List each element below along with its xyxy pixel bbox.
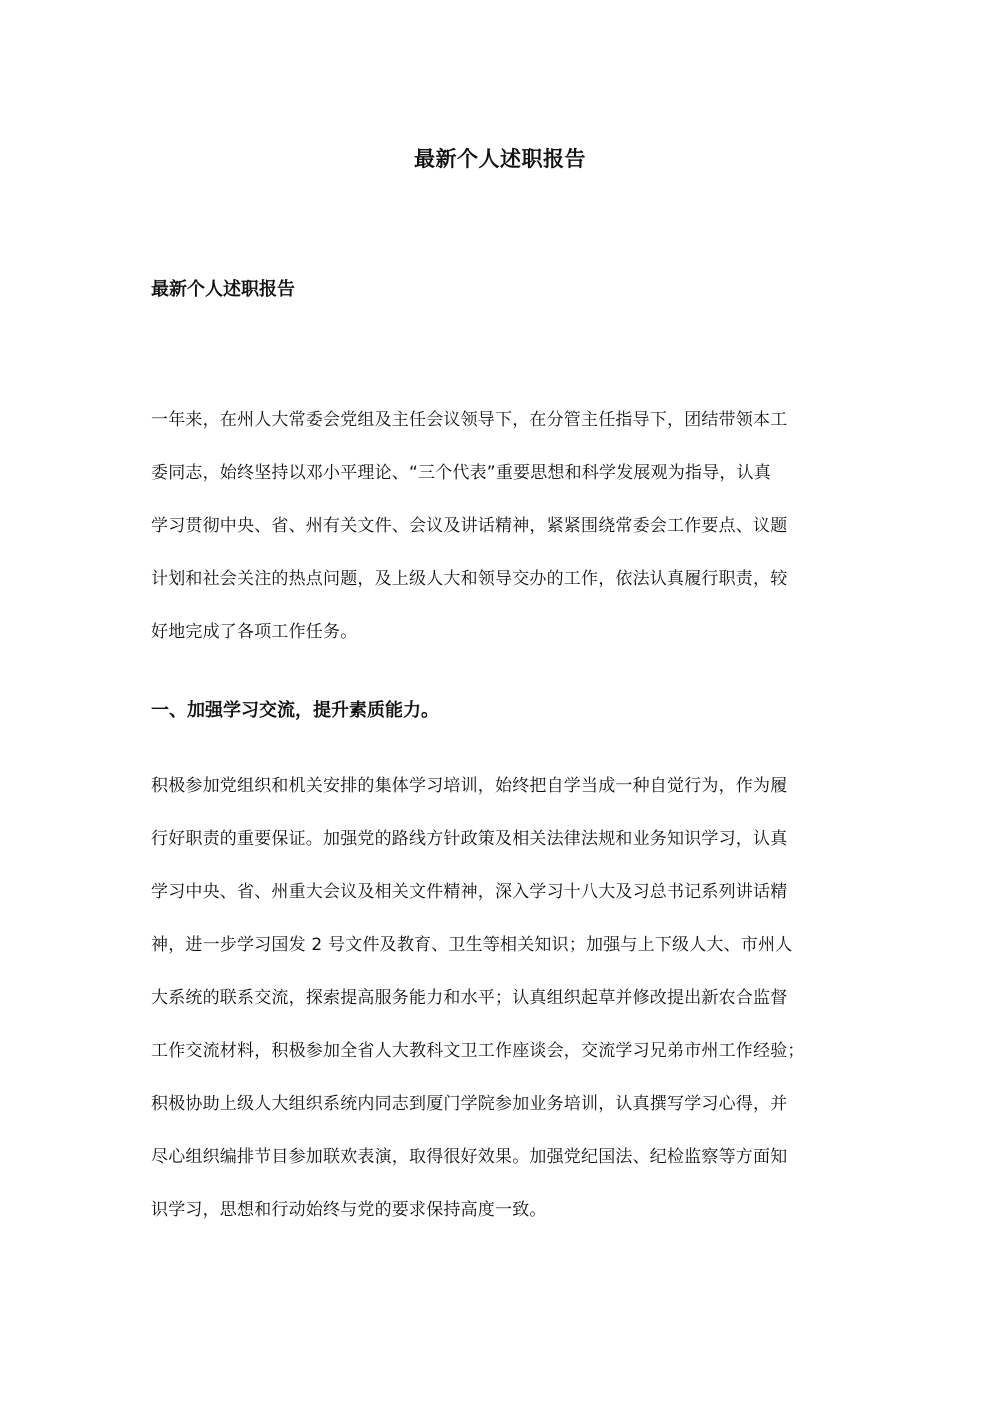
- paragraph-line: 积极参加党组织和机关安排的集体学习培训，始终把自学当成一种自觉行为，作为履: [151, 773, 787, 799]
- paragraph-line: 积极协助上级人大组织系统内同志到厦门学院参加业务培训，认真撰写学习心得，并: [151, 1091, 787, 1117]
- paragraph-line: 行好职责的重要保证。加强党的路线方针政策及相关法律法规和业务知识学习，认真: [151, 826, 787, 852]
- paragraph-line: 神，进一步学习国发 2 号文件及教育、卫生等相关知识；加强与上下级人大、市州人: [151, 932, 792, 958]
- paragraph-line: 委同志，始终坚持以邓小平理论、“三个代表”重要思想和科学发展观为指导，认真: [151, 460, 771, 486]
- section-heading: 一、加强学习交流，提升素质能力。: [151, 697, 439, 725]
- paragraph-line: 学习贯彻中央、省、州有关文件、会议及讲话精神，紧紧围绕常委会工作要点、议题: [151, 513, 787, 539]
- document-subtitle: 最新个人述职报告: [151, 276, 295, 304]
- paragraph-line: 尽心组织编排节目参加联欢表演，取得很好效果。加强党纪国法、纪检监察等方面知: [151, 1144, 787, 1170]
- paragraph-line: 学习中央、省、州重大会议及相关文件精神，深入学习十八大及习总书记系列讲话精: [151, 879, 787, 905]
- paragraph-line: 一年来，在州人大常委会党组及主任会议领导下，在分管主任指导下，团结带领本工: [151, 407, 787, 433]
- paragraph-line: 计划和社会关注的热点问题，及上级人大和领导交办的工作，依法认真履行职责，较: [151, 566, 787, 592]
- paragraph-line: 大系统的联系交流，探索提高服务能力和水平；认真组织起草并修改提出新农合监督: [151, 985, 787, 1011]
- paragraph-line: 好地完成了各项工作任务。: [151, 619, 357, 645]
- paragraph-line: 识学习，思想和行动始终与党的要求保持高度一致。: [151, 1197, 547, 1223]
- document-title: 最新个人述职报告: [0, 144, 1000, 174]
- paragraph-line: 工作交流材料，积极参加全省人大教科文卫工作座谈会，交流学习兄弟市州工作经验；: [151, 1038, 805, 1064]
- document-page: 最新个人述职报告 最新个人述职报告 一年来，在州人大常委会党组及主任会议领导下，…: [0, 0, 1000, 1415]
